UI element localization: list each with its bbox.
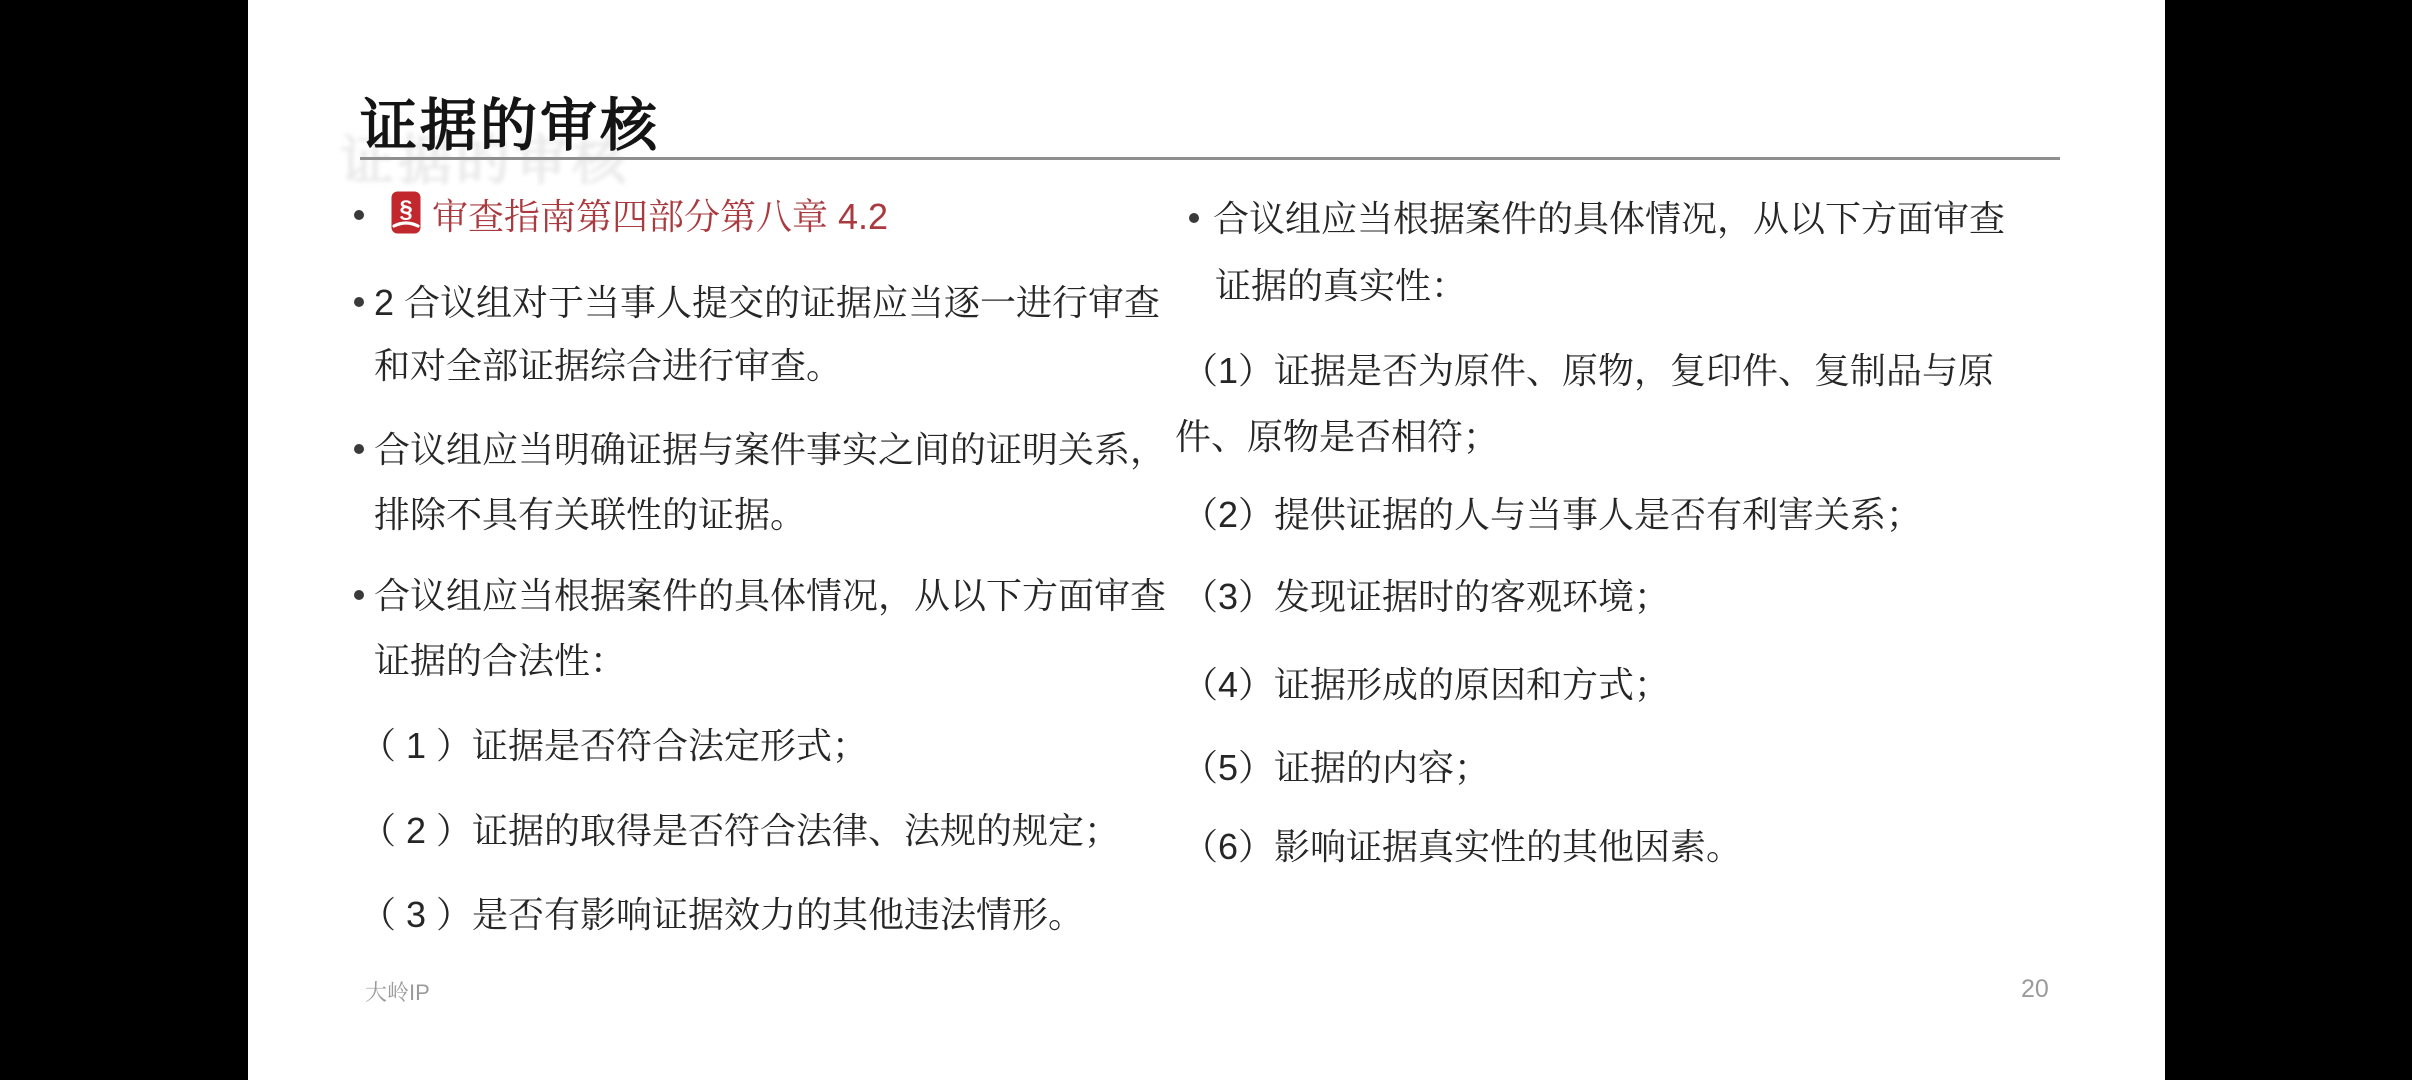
left-bullet3-line2: 证据的合法性： (374, 640, 626, 681)
left-bullet2-line2: 排除不具有关联性的证据。 (374, 494, 806, 535)
right-bullet1-line2: 证据的真实性： (1215, 265, 1467, 306)
right-item-5: （5）证据的内容； (1182, 747, 1490, 788)
right-item-6: （6）影响证据真实性的其他因素。 (1182, 826, 1742, 867)
right-bullet1-line1: 合议组应当根据案件的具体情况，从以下方面审查 (1213, 198, 2005, 239)
left-item-3: （ 3 ）是否有影响证据效力的其他违法情形。 (360, 894, 1084, 935)
footer-brand: 大岭IP (365, 976, 430, 1007)
left-bullet3-line1: 合议组应当根据案件的具体情况，从以下方面审查 (374, 575, 1166, 616)
bullet-dot (354, 444, 364, 454)
reference-label: 审查指南第四部分第八章 4.2 (432, 196, 888, 237)
title-underline-rule (360, 157, 2060, 160)
page-number: 20 (2021, 975, 2049, 1004)
right-item1-line1: （1）证据是否为原件、原物，复印件、复制品与原 (1182, 350, 1994, 391)
left-item-1: （ 1 ）证据是否符合法定形式； (360, 725, 868, 766)
left-item-2: （ 2 ）证据的取得是否符合法律、法规的规定； (360, 810, 1120, 851)
left-bullet1-line2: 和对全部证据综合进行审查。 (374, 345, 842, 386)
slide-title: 证据的审核 (360, 80, 660, 162)
right-item-3: （3）发现证据时的客观环境； (1182, 576, 1670, 617)
right-item-2: （2）提供证据的人与当事人是否有利害关系； (1182, 494, 1922, 535)
left-bullet2-line1: 合议组应当明确证据与案件事实之间的证明关系， (374, 429, 1166, 470)
section-sign-glyph: § (399, 196, 412, 223)
bullet-dot (354, 590, 364, 600)
bullet-dot (354, 297, 364, 307)
law-book-icon: § (391, 191, 421, 237)
letterbox-canvas: 证据的审核 证据的审核 § 审查指南第四部分第八章 4.2 2 合议组对于当事人… (0, 0, 2412, 1080)
bullet-dot (1189, 213, 1199, 223)
right-item-4: （4）证据形成的原因和方式； (1182, 664, 1670, 705)
slide: 证据的审核 证据的审核 § 审查指南第四部分第八章 4.2 2 合议组对于当事人… (248, 0, 2165, 1080)
bullet-dot (354, 210, 364, 220)
right-item1-line2: 件、原物是否相符； (1175, 416, 1499, 457)
left-bullet1-line1: 2 合议组对于当事人提交的证据应当逐一进行审查 (374, 282, 1160, 323)
